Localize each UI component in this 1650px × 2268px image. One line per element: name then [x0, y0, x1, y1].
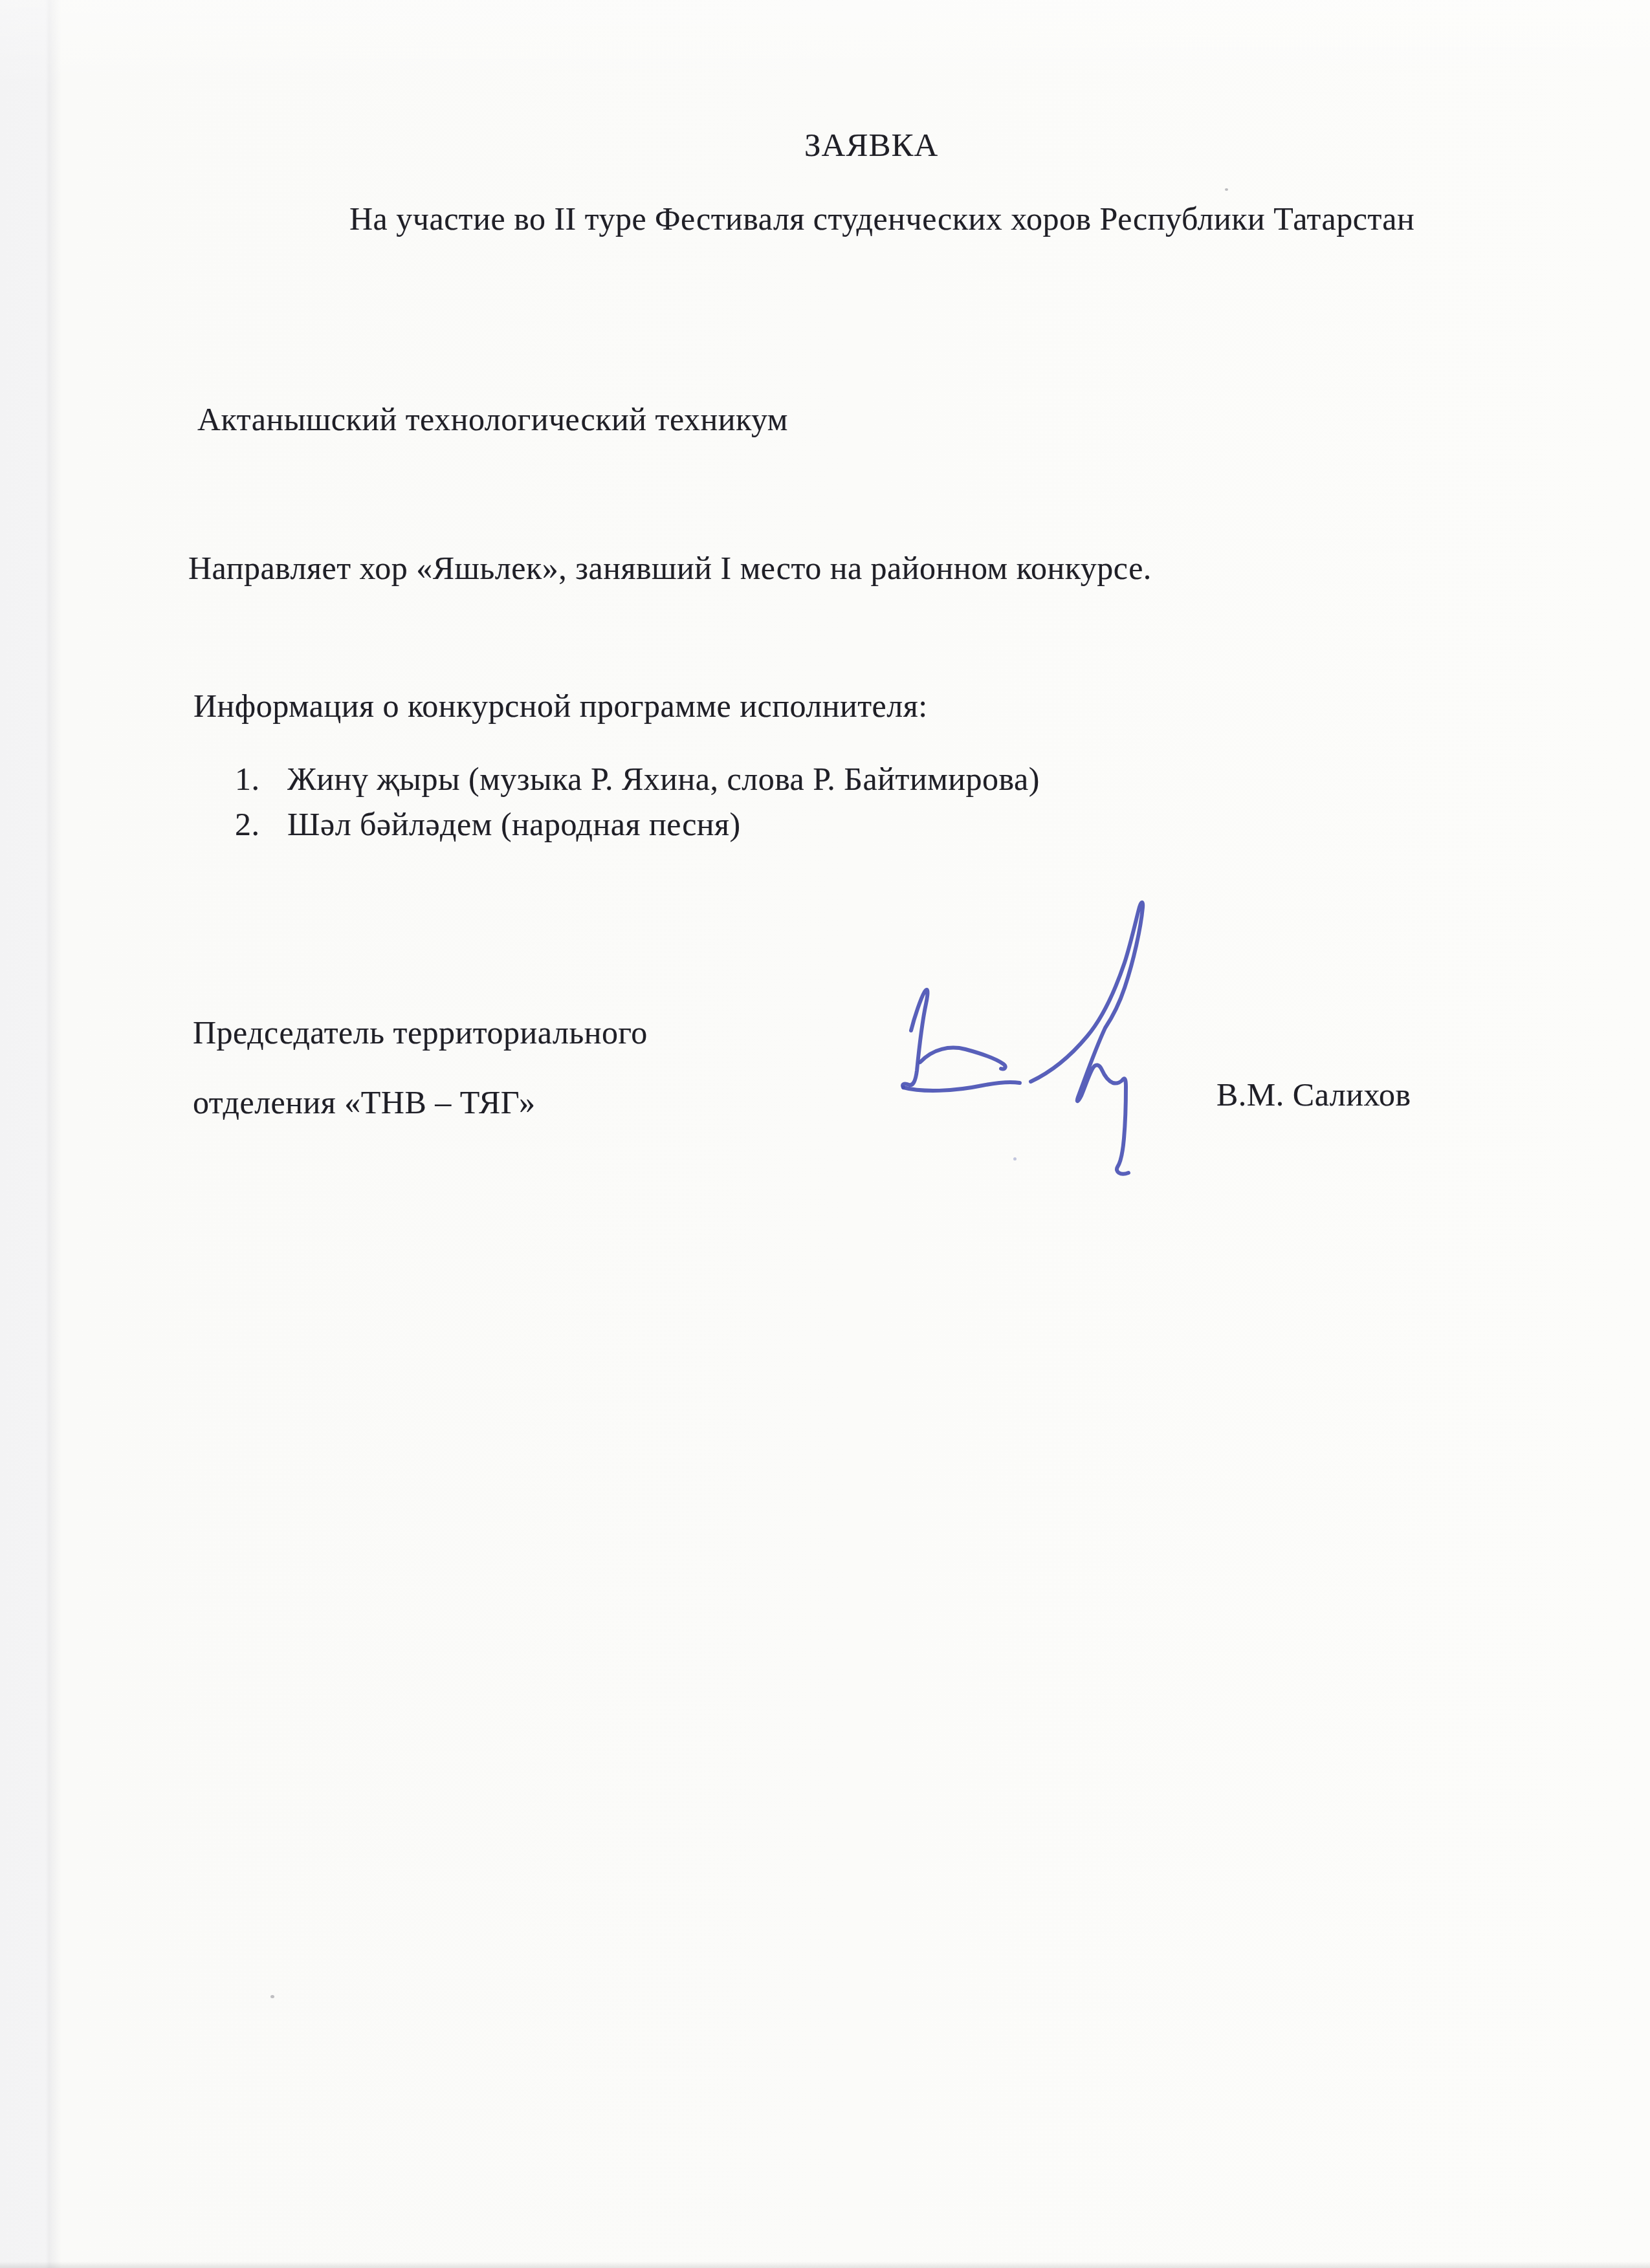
- program-item-1: 1.Жинү җыры (музыка Р. Яхина, слова Р. Б…: [235, 763, 1040, 795]
- scan-speck: [1013, 1157, 1017, 1161]
- program-item-2: 2.Шәл бәйләдем (народная песня): [235, 808, 741, 840]
- document-subtitle: На участие во II туре Фестиваля студенче…: [349, 202, 1414, 235]
- signature-stroke-sweep: [903, 1082, 1020, 1091]
- signature-stroke-stalk: [903, 990, 927, 1087]
- program-item-1-number: 1.: [235, 763, 287, 795]
- scan-speck: [270, 1995, 274, 1998]
- institution-line: Актанышский технологический техникум: [197, 403, 788, 435]
- program-item-1-text: Жинү җыры (музыка Р. Яхина, слова Р. Бай…: [287, 761, 1040, 797]
- program-item-2-text: Шәл бәйләдем (народная песня): [287, 806, 741, 842]
- scan-speck: [1225, 188, 1228, 191]
- document-title: ЗАЯВКА: [804, 129, 938, 162]
- signature-stroke-flourish: [1031, 902, 1143, 1174]
- signature-stroke-bowl: [920, 1048, 1006, 1069]
- signatory-name: В.М. Салихов: [1216, 1078, 1411, 1111]
- signatory-title-line2: отделения «ТНВ – ТЯГ»: [193, 1086, 535, 1118]
- signatory-title-line1: Председатель территориального: [193, 1016, 648, 1049]
- body-line: Направляет хор «Яшьлек», занявший I мест…: [188, 552, 1152, 584]
- program-heading: Информация о конкурсной программе исполн…: [193, 690, 928, 722]
- scanned-document-page: ЗАЯВКА На участие во II туре Фестиваля с…: [0, 0, 1650, 2268]
- handwritten-signature: [893, 893, 1178, 1190]
- program-item-2-number: 2.: [235, 808, 287, 840]
